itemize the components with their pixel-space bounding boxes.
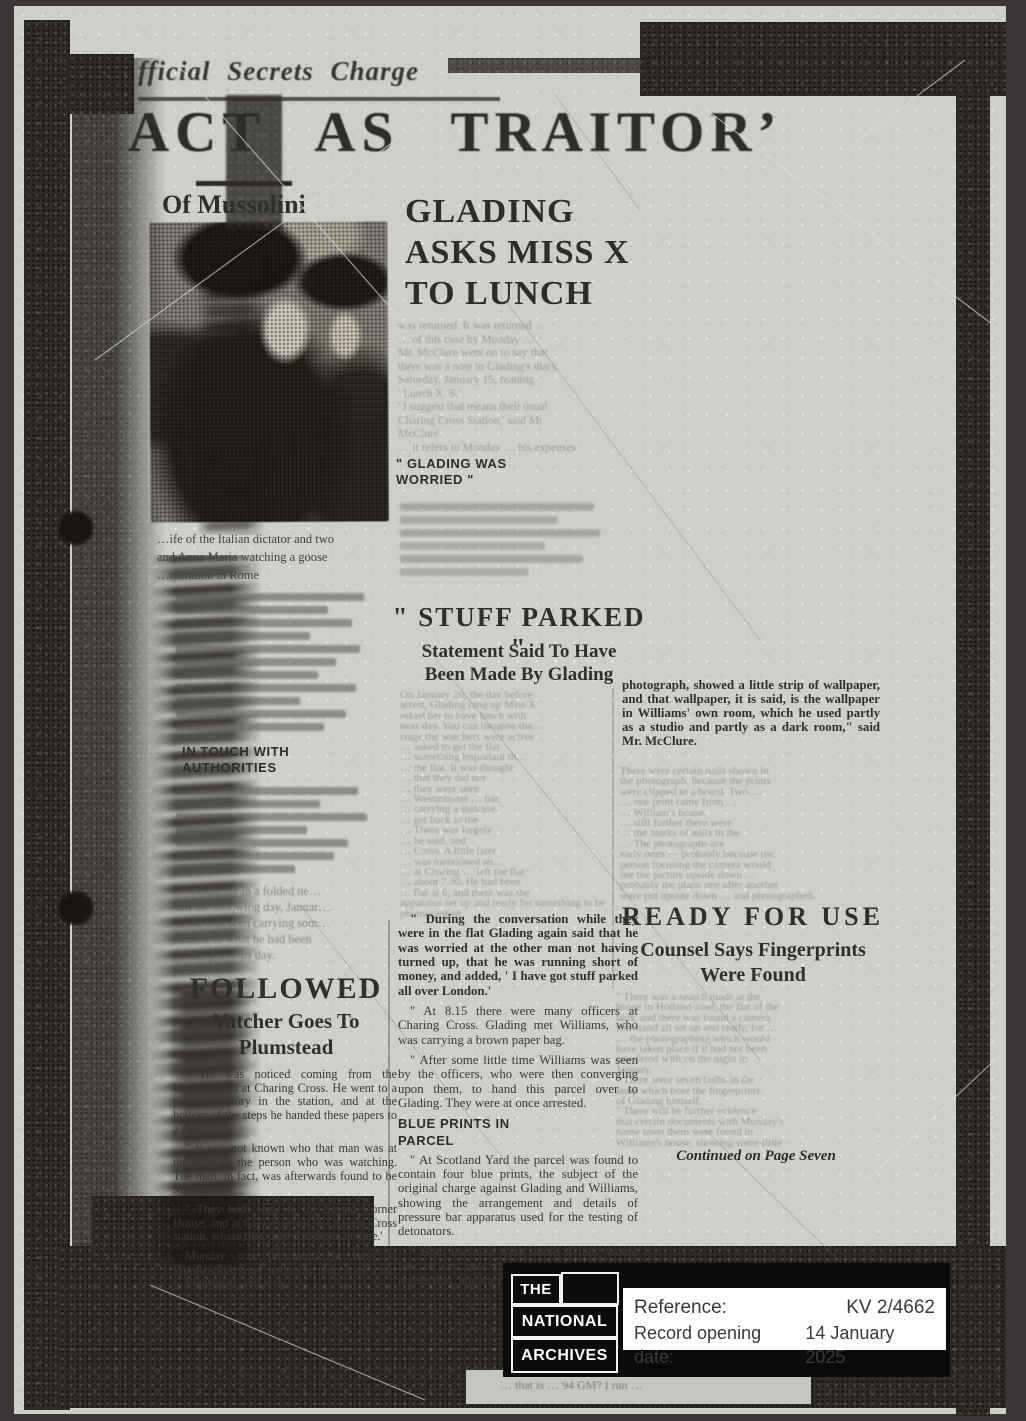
main-headline: ACT AS TRAITOR’ <box>128 100 838 165</box>
paragraph: " During the conversation while they wer… <box>398 912 638 998</box>
illegible-print-line <box>176 865 295 873</box>
record-info-box: Reference: KV 2/4662 Record opening date… <box>623 1288 946 1350</box>
illegible-print-line <box>176 606 328 614</box>
kicker-headline: fficial Secrets Charge <box>138 56 419 87</box>
frame-corner-top-left <box>68 54 134 114</box>
hole-punch-top <box>58 510 94 546</box>
illegible-print-line <box>400 503 594 511</box>
tna-logo-archives: ARCHIVES <box>511 1338 618 1373</box>
illegible-print-line <box>176 619 352 627</box>
ink-smudge-photo <box>196 225 266 535</box>
illegible-print-line <box>176 593 364 601</box>
illegible-print-line <box>176 645 360 653</box>
illegible-print-line <box>176 671 318 679</box>
national-archives-overlay: THE NATIONAL ARCHIVES Reference: KV 2/46… <box>503 1263 950 1377</box>
news-photo-mussolini <box>149 221 389 522</box>
illegible-print-line <box>176 813 367 821</box>
middle-paragraphs: " During the conversation while they wer… <box>398 912 638 1294</box>
right-faint-block-1: There were certain nails shown in the ph… <box>620 766 880 901</box>
worried-subhead: " GLADING WAS WORRIED " <box>396 456 507 489</box>
tna-logo-national: NATIONAL <box>511 1305 618 1338</box>
frame-band-right <box>956 86 990 1416</box>
tna-logo-empty-box <box>561 1272 619 1305</box>
illegible-print-line <box>176 658 336 666</box>
frame-band-top-right <box>640 22 1006 96</box>
followed-paragraphs: " He was noticed coming from the Undergr… <box>173 1068 397 1297</box>
illegible-print-line <box>176 684 356 692</box>
column-divider-rule <box>196 181 292 186</box>
left-faint-fragments: … magazine in a folded ne… On the follow… <box>176 884 394 964</box>
frame-strip-top-middle <box>448 58 648 73</box>
blueprints-subhead: BLUE PRINTS IN PARCEL <box>398 1116 638 1149</box>
illegible-print-line <box>400 568 528 576</box>
record-date-value: 14 January 2025 <box>805 1321 935 1370</box>
paragraph: Munday was followed. He went to Woolwich… <box>173 1250 397 1291</box>
illegible-print-line <box>176 826 307 834</box>
photo-heading: Of Mussolini <box>162 190 306 220</box>
record-date-label: Record opening date: <box>634 1321 800 1370</box>
photo-caption: …ife of the Italian dictator and two and… <box>157 530 405 584</box>
scanned-archive-page: fficial Secrets Charge ACT AS TRAITOR’ O… <box>0 0 1026 1421</box>
hole-punch-bottom <box>58 890 94 926</box>
illegible-print-line <box>400 542 545 550</box>
middle-faint-block-1: was returned. It was returned … … of thi… <box>398 320 646 455</box>
illegible-print-line <box>400 529 600 537</box>
followed-headline: FOLLOWED <box>173 972 399 1006</box>
right-faint-block-2: " There was a search made at the house i… <box>616 992 884 1148</box>
illegible-print-block-1 <box>176 588 376 736</box>
followed-subhead: Vatcher Goes To Plumstead <box>173 1008 399 1061</box>
illegible-print-line <box>176 697 300 705</box>
illegible-print-line <box>176 787 358 795</box>
illegible-print-line <box>176 852 334 860</box>
in-touch-subhead: IN TOUCH WITH AUTHORITIES <box>182 744 289 777</box>
tna-logo-the: THE <box>511 1274 561 1305</box>
glading-headline: GLADING ASKS MISS X TO LUNCH <box>405 192 645 314</box>
illegible-print-line <box>176 710 346 718</box>
illegible-print-line <box>176 839 348 847</box>
illegible-print-line <box>176 800 320 808</box>
reference-row: Reference: KV 2/4662 <box>634 1295 935 1321</box>
illegible-print-line <box>400 555 583 563</box>
paragraph: photograph, showed a little strip of wal… <box>622 678 880 748</box>
illegible-print-line <box>176 723 324 731</box>
stuff-parked-subhead: Statement Said To Have Been Made By Glad… <box>392 640 646 686</box>
right-top-paragraph-wrap: photograph, showed a little strip of wal… <box>622 678 880 754</box>
reference-value: KV 2/4662 <box>846 1295 935 1321</box>
paragraph: " At 8.15 there were many officers at Ch… <box>398 1004 638 1047</box>
record-date-row: Record opening date: 14 January 2025 <box>634 1321 935 1370</box>
paragraph: " After some little time Williams was se… <box>398 1053 638 1110</box>
reference-label: Reference: <box>634 1295 727 1321</box>
illegible-print-block-2 <box>176 782 381 878</box>
middle-faint-block-2: On January 20, the day before arrest, Gl… <box>400 690 646 919</box>
paragraph: " They both went to the Strand Corner Ho… <box>173 1203 397 1244</box>
ready-headline: READY FOR USE <box>618 902 888 932</box>
illegible-print-block-3 <box>400 498 620 581</box>
frame-band-left-outer <box>24 20 70 1410</box>
paragraph: " It was not known who that man was at t… <box>173 1142 397 1197</box>
paragraph: " He was noticed coming from the Undergr… <box>173 1068 397 1136</box>
illegible-print-line <box>176 632 310 640</box>
continued-note: Continued on Page Seven <box>640 1148 872 1165</box>
illegible-print-line <box>400 516 558 524</box>
paragraph: " At Scotland Yard the parcel was found … <box>398 1153 638 1239</box>
ready-subhead: Counsel Says Fingerprints Were Found <box>614 938 892 988</box>
